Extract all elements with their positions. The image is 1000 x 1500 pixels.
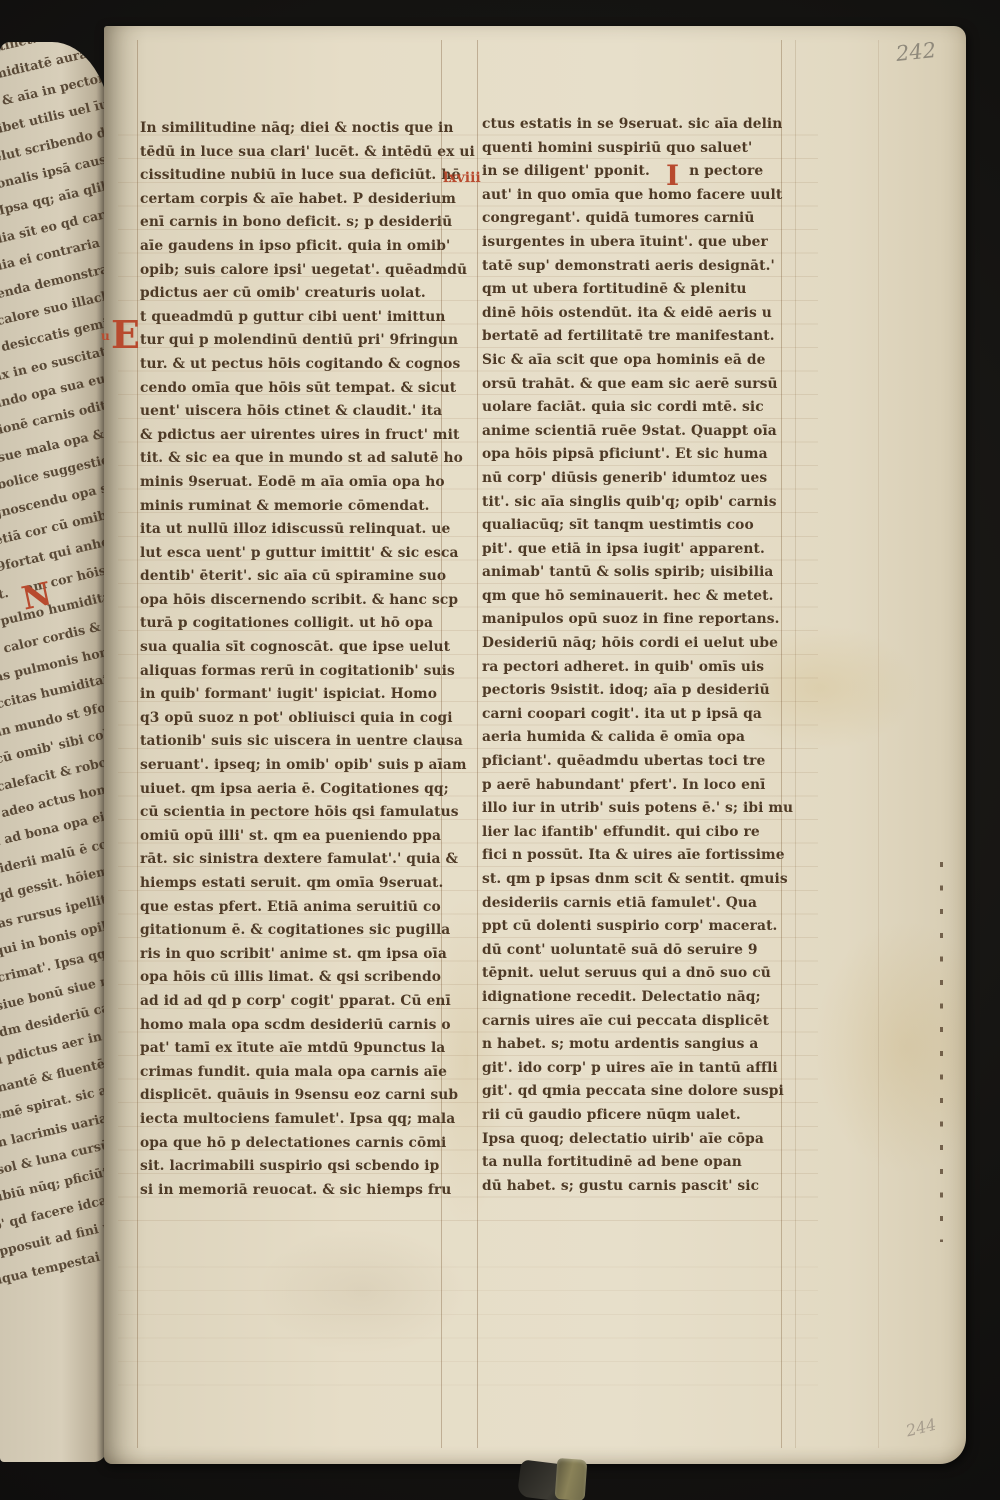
text-line: cendo omīa que hōis sūt tempat. & sicut	[140, 380, 448, 404]
text-line: qm ut ubera fortitudinē & plenitu	[482, 281, 790, 305]
text-line: qualiacūq; sīt tanqm uestimtis coo	[482, 517, 790, 541]
text-line: omiū opū illi' st. qm ea pueniendo ppa	[140, 828, 448, 852]
text-line: aeria humida & calida ē omīa opa	[482, 729, 790, 753]
previous-folio-edge: retinet. sic & aer ubumiditatē auraz ins…	[0, 42, 112, 1462]
vertical-ruling-margin	[878, 40, 879, 1448]
text-line: carnis uires aīe cui peccata displicēt	[482, 1013, 790, 1037]
text-line: tur qui p molendinū dentiū pri' 9fringun	[140, 332, 448, 356]
text-line: p aerē habundant' pfert'. In loco enī	[482, 777, 790, 801]
text-line: opa hōis discernendo scribit. & hanc scp	[140, 592, 448, 616]
text-line: si in memoriā reuocat. & sic hiemps fru	[140, 1182, 448, 1206]
text-line: uent' uiscera hōis ctinet & claudit.' it…	[140, 403, 448, 427]
text-line: gitationum ē. & cogitationes sic pugilla	[140, 922, 448, 946]
text-line: Ipsa quoq; delectatio uirib' aīe cōpa	[482, 1131, 790, 1155]
text-line: lier lac ifantib' effundit. qui cibo re	[482, 824, 790, 848]
text-line: pat' tamī ex ītute aīe mtdū 9punctus la	[140, 1040, 448, 1064]
text-line: in se diligent' pponit. n pectore	[482, 163, 790, 187]
text-line: certam corpis & aīe habet. P desiderium	[140, 191, 448, 215]
text-line: illo iur in utrib' suis potens ē.' s; ib…	[482, 800, 790, 824]
vertical-ruling-right-inner	[477, 40, 478, 1448]
text-column-left: In similitudine nāq; diei & noctis que i…	[140, 120, 448, 1205]
text-line: animab' tantū & solis spirib; uisibilia	[482, 564, 790, 588]
text-line: dinē hōis ostendūt. ita & eidē aeris u	[482, 305, 790, 329]
text-line: opa hōis cū illis limat. & qsi scribendo	[140, 969, 448, 993]
text-line: lut esca uent' p guttur imittit' & sic e…	[140, 545, 448, 569]
text-line: pectoris 9sistit. idoq; aīa p desideriū	[482, 682, 790, 706]
text-line: enī carnis in bono deficit. s; p desider…	[140, 214, 448, 238]
text-line: aīe gaudens in ipso pficit. quia in omib…	[140, 238, 448, 262]
text-line: sit. lacrimabili suspirio qsi scbendo ip	[140, 1158, 448, 1182]
text-line: displicēt. quāuis in 9sensu eoz carni su…	[140, 1087, 448, 1111]
text-line: ad id ad qd p corp' cogit' pparat. Cū en…	[140, 993, 448, 1017]
text-line: tit'. sic aīa singlis quib'q; opib' carn…	[482, 494, 790, 518]
text-line: Desideriū nāq; hōis cordi ei uelut ube	[482, 635, 790, 659]
text-line: opib; suis calore ipsi' uegetat'. quēadm…	[140, 262, 448, 286]
text-line: minis 9seruat. Eodē m aīa omīa opa ho	[140, 474, 448, 498]
text-line: ctus estatis in se 9seruat. sic aīa deli…	[482, 116, 790, 140]
text-line: t queadmdū p guttur cibi uent' imittun	[140, 309, 448, 333]
text-line: opa que hō p delectationes carnis cōmi	[140, 1135, 448, 1159]
text-line: ris in quo scribit' anime st. qm ipsa oī…	[140, 946, 448, 970]
text-line: nū corp' diūsis generib' idumtoz ues	[482, 470, 790, 494]
text-line: cissitudine nubiū in luce sua deficiūt. …	[140, 167, 448, 191]
text-line: idignatione recedit. Delectatio nāq;	[482, 989, 790, 1013]
text-line: pit'. que etiā in ipsa iugit' apparent.	[482, 541, 790, 565]
text-line: tit. & sic ea que in mundo st ad salutē …	[140, 450, 448, 474]
text-line: uolare faciāt. quia sic cordi mtē. sic	[482, 399, 790, 423]
text-line: desideriis carnis etiā famulet'. Qua	[482, 895, 790, 919]
text-line: ita ut nullū illoz idiscussū relinquat. …	[140, 521, 448, 545]
text-line: tēpnit. uelut seruus qui a dnō suo cū	[482, 965, 790, 989]
vertical-ruling-extra	[795, 40, 796, 1448]
manuscript-photograph: { "page": { "description": "Medieval Lat…	[0, 0, 1000, 1500]
text-line: congregant'. quidā tumores carniū	[482, 210, 790, 234]
text-line: st. qm p ipsas dnm scit & sentit. qmuis	[482, 871, 790, 895]
text-line: hiemps estati seruit. qm omīa 9seruat.	[140, 875, 448, 899]
text-line: carni coopari cogit'. ita ut p ipsā qa	[482, 706, 790, 730]
pricking-marks	[940, 862, 943, 1242]
text-line: rāt. sic sinistra dextere famulat'.' qui…	[140, 851, 448, 875]
text-line: tēdū in luce sua clari' lucēt. & intēdū …	[140, 144, 448, 168]
text-line: n habet. s; motu ardentis sangius a	[482, 1036, 790, 1060]
text-line: in quib' formant' iugit' ispiciat. Homo	[140, 686, 448, 710]
text-line: ra pectori adheret. in quib' omīs uis	[482, 659, 790, 683]
text-line: & pdictus aer uirentes uires in fruct' m…	[140, 427, 448, 451]
text-line: tur. & ut pectus hōis cogitando & cognos	[140, 356, 448, 380]
text-column-right: ctus estatis in se 9seruat. sic aīa deli…	[482, 116, 790, 1201]
text-line: turā p cogitationes colligit. ut hō opa	[140, 615, 448, 639]
text-line: tatē sup' demonstrati aeris designāt.'	[482, 258, 790, 282]
text-line: qm que hō seminauerit. hec & metet.	[482, 588, 790, 612]
text-line: seruant'. ipseq; in omib' opib' suis p a…	[140, 757, 448, 781]
text-line: Sic & aīa scit que opa hominis eā de	[482, 352, 790, 376]
text-line: sua qualia sīt cognoscāt. que ipse uelut	[140, 639, 448, 663]
vertical-ruling-left-outer	[137, 40, 138, 1448]
text-line: git'. qd qmia peccata sine dolore suspi	[482, 1083, 790, 1107]
text-line: iecta multociens famulet'. Ipsa qq; mala	[140, 1111, 448, 1135]
text-line: ta nulla fortitudinē ad bene opan	[482, 1154, 790, 1178]
text-line: dentib' ēterit'. sic aīa cū spiramine su…	[140, 568, 448, 592]
text-line: manipulos opū suoz in fine reportans.	[482, 611, 790, 635]
text-line: uiuet. qm ipsa aeria ē. Cogitationes qq;	[140, 781, 448, 805]
text-line: que estas pfert. Etiā anima seruitiū co	[140, 899, 448, 923]
text-line: aliquas formas rerū in cogitationib' sui…	[140, 663, 448, 687]
text-line: q3 opū suoz n pot' obliuisci quia in cog…	[140, 710, 448, 734]
text-line: isurgentes in ubera ītuint'. que uber	[482, 234, 790, 258]
horizontal-ruling-faint	[118, 1244, 818, 1394]
text-line: pficiant'. quēadmdu ubertas toci tre	[482, 753, 790, 777]
text-line: pdictus aer cū omib' creaturis uolat.	[140, 285, 448, 309]
text-line: aut' in quo omīa que homo facere uult	[482, 187, 790, 211]
text-line: opa hōis pipsā pficiunt'. Et sic huma	[482, 446, 790, 470]
text-line: git'. ido corp' p uires aīe in tantū aff…	[482, 1060, 790, 1084]
text-line: quenti homini suspiriū quo saluet'	[482, 140, 790, 164]
text-line: rii cū gaudio pficere nūqm ualet.	[482, 1107, 790, 1131]
text-line: fici n possūt. Ita & uires aīe fortissim…	[482, 847, 790, 871]
text-line: dū habet. s; gustu carnis pascit' sic	[482, 1178, 790, 1202]
text-line: anime scientiā ruēe 9stat. Quappt oīa	[482, 423, 790, 447]
text-line: In similitudine nāq; diei & noctis que i…	[140, 120, 448, 144]
text-line: ppt cū dolenti suspirio corp' macerat.	[482, 918, 790, 942]
text-line: dū cont' uoluntatē suā dō seruire 9	[482, 942, 790, 966]
binding-clasp-metal	[555, 1458, 588, 1500]
text-line: minis ruminat & memorie cōmendat.	[140, 498, 448, 522]
text-line: cū scientia in pectore hōis qsi famulatu…	[140, 804, 448, 828]
text-line: bertatē ad fertilitatē tre manifestant.	[482, 328, 790, 352]
manuscript-page: In similitudine nāq; diei & noctis que i…	[104, 26, 966, 1464]
text-line: homo mala opa scdm desideriū carnis o	[140, 1017, 448, 1041]
text-line: tationib' suis sic uiscera in uentre cla…	[140, 733, 448, 757]
text-line: orsū trahāt. & que eam sic aerē sursū	[482, 376, 790, 400]
text-line: crimas fundit. quia mala opa carnis aīe	[140, 1064, 448, 1088]
